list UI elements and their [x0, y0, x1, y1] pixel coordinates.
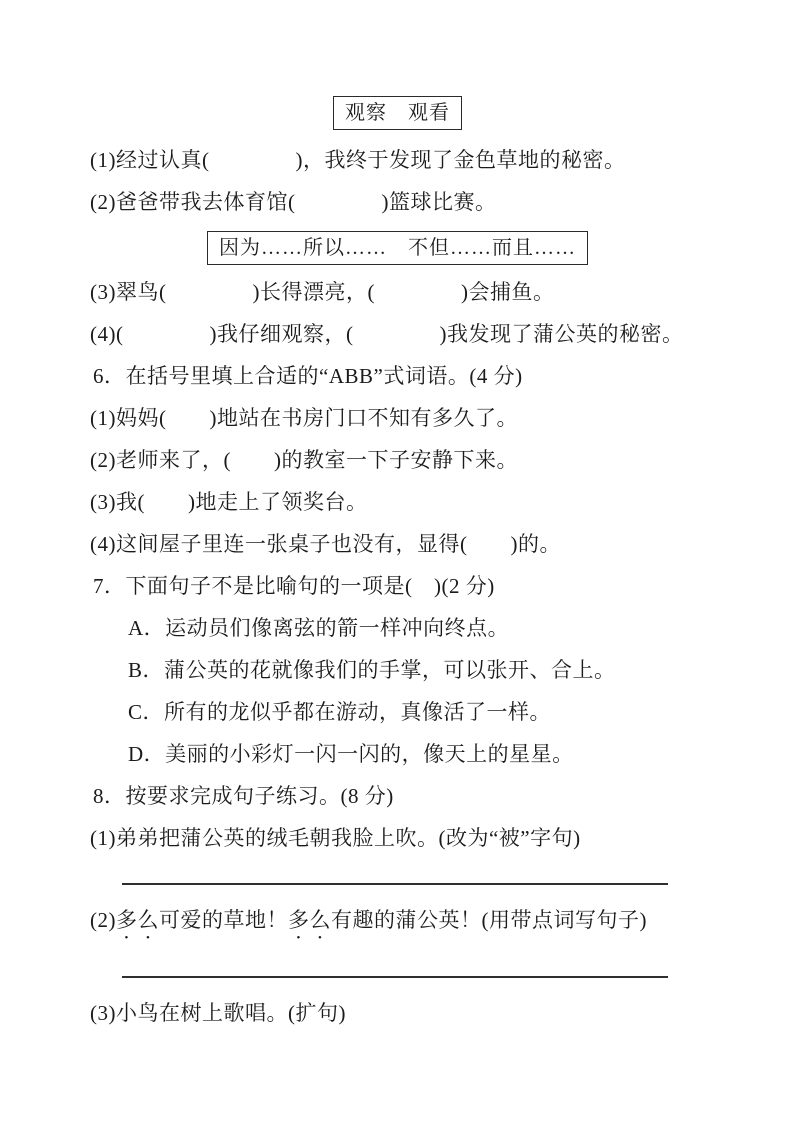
q8-item-2-segment-2: 可爱的草地！ — [159, 908, 288, 932]
word-bank-2-text: 因为……所以…… 不但……而且…… — [219, 237, 576, 259]
q8-item-3: (3)小鸟在树上歌唱。(扩句) — [90, 1000, 705, 1026]
q7-stem: 7．下面句子不是比喻句的一项是( )(2 分) — [93, 573, 705, 599]
q8-item-2-segment-3-emphasized: 多么 — [288, 908, 331, 932]
q5-item-1: (1)经过认真( )，我终于发现了金色草地的秘密。 — [90, 147, 705, 173]
q7-option-b: B．蒲公英的花就像我们的手掌，可以张开、合上。 — [128, 657, 705, 683]
q5-item-2: (2)爸爸带我去体育馆( )篮球比赛。 — [90, 189, 705, 215]
q8-item-2-segment-4: 有趣的蒲公英！(用带点词写句子) — [331, 908, 647, 932]
q6-stem: 6．在括号里填上合适的“ABB”式词语。(4 分) — [93, 363, 705, 389]
q8-stem: 8．按要求完成句子练习。(8 分) — [93, 783, 705, 809]
q8-item-1: (1)弟弟把蒲公英的绒毛朝我脸上吹。(改为“被”字句) — [90, 825, 705, 851]
q6-item-3: (3)我( )地走上了领奖台。 — [90, 489, 705, 515]
q6-item-4: (4)这间屋子里连一张桌子也没有，显得( )的。 — [90, 531, 705, 557]
word-bank-box-1: 观察 观看 — [333, 96, 462, 130]
chinese-test-worksheet-page: 观察 观看 (1)经过认真( )，我终于发现了金色草地的秘密。 (2)爸爸带我去… — [0, 0, 793, 1122]
q7-option-a: A．运动员们像离弦的箭一样冲向终点。 — [128, 615, 705, 641]
q8-item-2-segment-1-emphasized: 多么 — [116, 908, 159, 932]
q8-item-2: (2)多么可爱的草地！多么有趣的蒲公英！(用带点词写句子) — [90, 907, 705, 944]
q6-item-1: (1)妈妈( )地站在书房门口不知有多久了。 — [90, 405, 705, 431]
answer-blank-line-2 — [122, 976, 668, 978]
word-bank-box-2: 因为……所以…… 不但……而且…… — [207, 231, 588, 265]
q8-item-2-segment-0: (2) — [90, 908, 116, 932]
q7-option-d: D．美丽的小彩灯一闪一闪的，像天上的星星。 — [128, 741, 705, 767]
q7-option-c: C．所有的龙似乎都在游动，真像活了一样。 — [128, 699, 705, 725]
document-body: { "page": { "background": "#ffffff", "te… — [0, 0, 793, 1122]
q5-item-4: (4)( )我仔细观察，( )我发现了蒲公英的秘密。 — [90, 321, 705, 347]
answer-blank-line-1 — [122, 883, 668, 885]
q5-item-3: (3)翠鸟( )长得漂亮，( )会捕鱼。 — [90, 279, 705, 305]
q6-item-2: (2)老师来了，( )的教室一下子安静下来。 — [90, 447, 705, 473]
word-bank-1-text: 观察 观看 — [345, 102, 450, 124]
